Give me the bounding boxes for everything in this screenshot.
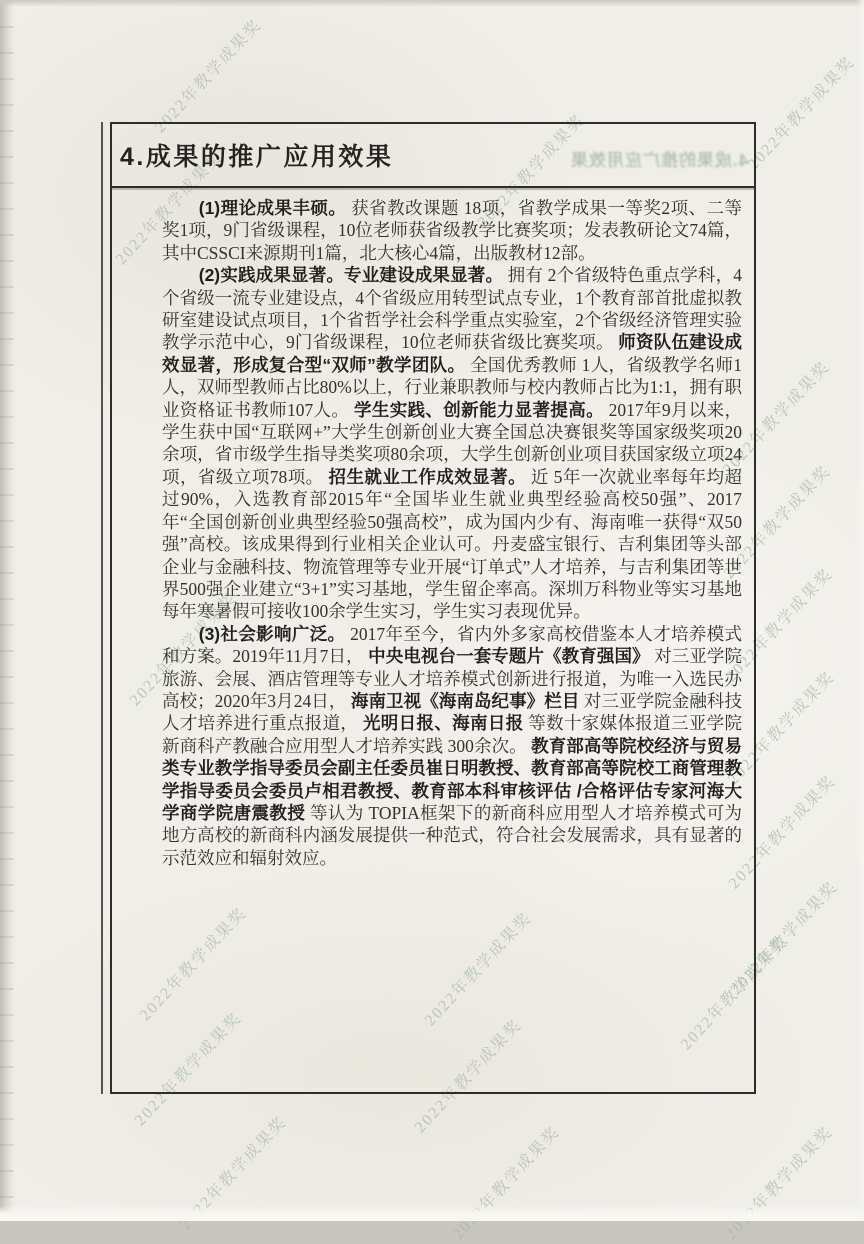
scan-edge-left: [0, 0, 14, 1221]
bold-run: (1)理论成果丰硕。: [199, 198, 347, 218]
form-table: 4.成果的推广应用效果 4.成果的推广应用效果 (1)理论成果丰硕。 获省教改课…: [110, 122, 756, 1094]
bold-run: 光明日报、海南日报: [363, 713, 524, 733]
scan-edge-bottom: [0, 1205, 864, 1221]
bold-run: 中央电视台一套专题片《教育强国》: [368, 646, 650, 666]
bold-run: (3)社会影响广泛。: [199, 624, 346, 644]
table-outer-left-line: [101, 122, 103, 1094]
section-body: (1)理论成果丰硕。 获省教改课题 18项，省教学成果一等奖2项、二等奖1项，9…: [112, 188, 754, 869]
bold-run: (2)实践成果显著。专业建设成果显著。: [199, 265, 503, 285]
scanned-page: 2022年教学成果奖2022年教学成果奖2022年教学成果奖2022年教学成果奖…: [0, 0, 864, 1221]
bold-run: 海南卫视《海南岛纪事》栏目: [351, 691, 580, 711]
scan-edge-top: [0, 0, 864, 7]
paragraph: (3)社会影响广泛。 2017年至今，省内外多家高校借鉴本人才培养模式和方案。2…: [162, 623, 742, 869]
watermark-text: 2022年教学成果奖: [741, 50, 859, 174]
bold-run: 学生实践、创新能力显著提高。: [354, 400, 604, 420]
paragraph: (2)实践成果显著。专业建设成果显著。 拥有 2个省级特色重点学科，4个省级一流…: [162, 264, 742, 623]
section-title: 4.成果的推广应用效果: [112, 137, 393, 173]
watermark-text: 2022年教学成果奖: [148, 13, 266, 137]
bleed-through-text: 4.成果的推广应用效果: [570, 146, 748, 171]
scan-edge-right: [857, 0, 864, 1221]
section-header-row: 4.成果的推广应用效果 4.成果的推广应用效果: [112, 124, 754, 188]
bold-run: 招生就业工作成效显著。: [328, 467, 526, 487]
paragraph: (1)理论成果丰硕。 获省教改课题 18项，省教学成果一等奖2项、二等奖1项，9…: [162, 197, 742, 264]
text-run: 近 5年一次就业率每年均超过90%，入选教育部2015年“全国毕业生就业典型经验…: [162, 467, 742, 621]
